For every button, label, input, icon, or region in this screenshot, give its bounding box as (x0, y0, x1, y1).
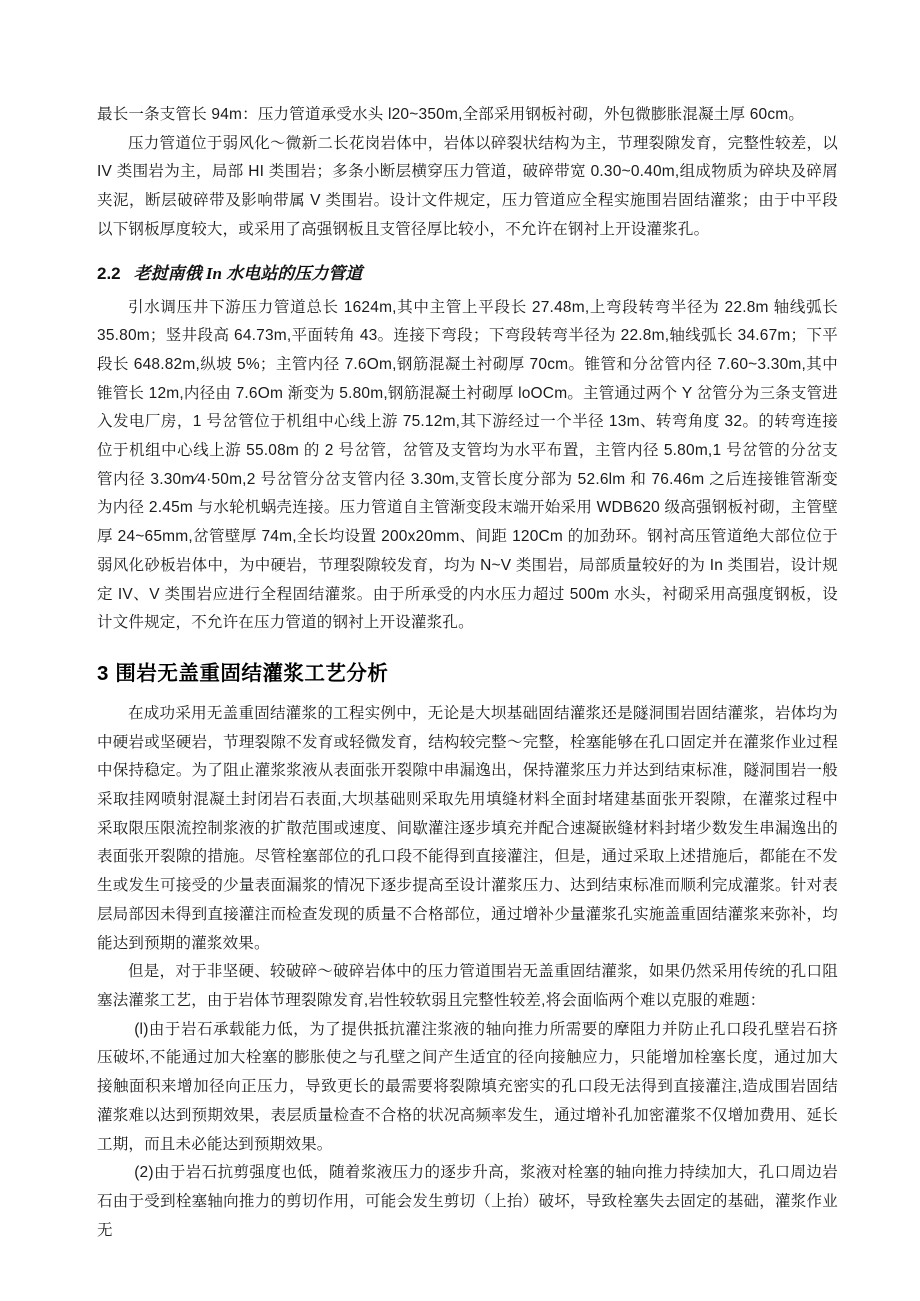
document-page: 最长一条支管长 94m：压力管道承受水头 l20~350m,全部采用钢板衬砌，外… (0, 0, 920, 1301)
paragraph-grouting-analysis: 在成功采用无盖重固结灌浆的工程实例中，无论是大坝基础固结灌浆还是隧洞围岩固结灌浆… (97, 700, 838, 958)
paragraph-problem-2: (2)由于岩石抗剪强度也低，随着浆液压力的逐步升高，浆液对栓塞的轴向推力持续加大… (97, 1159, 838, 1245)
paragraph-problem-1: (l)由于岩石承载能力低，为了提供抵抗灌注浆液的轴向推力所需要的摩阻力并防止孔口… (97, 1016, 838, 1160)
paragraph-nam-ngum-penstock: 引水调压井下游压力管道总长 1624m,其中主管上平段长 27.48m,上弯段转… (97, 294, 838, 638)
section-2-2-number: 2.2 (97, 264, 121, 283)
paragraph-geology-conditions: 压力管道位于弱风化～微新二长花岗岩体中，岩体以碎裂状结构为主，节理裂隙发育，完整… (97, 130, 838, 245)
paragraph-however-challenges: 但是，对于非坚硬、较破碎～破碎岩体中的压力管道围岩无盖重固结灌浆，如果仍然采用传… (97, 958, 838, 1015)
section-3-number: 3 (97, 662, 108, 685)
section-heading-2-2: 2.2老挝南俄 In 水电站的压力管道 (97, 259, 838, 284)
section-3-title: 围岩无盖重固结灌浆工艺分析 (115, 662, 388, 685)
paragraph-penstock-continuation: 最长一条支管长 94m：压力管道承受水头 l20~350m,全部采用钢板衬砌，外… (97, 101, 838, 130)
section-heading-3: 3围岩无盖重固结灌浆工艺分析 (97, 656, 838, 686)
section-2-2-title: 老挝南俄 In 水电站的压力管道 (134, 264, 363, 283)
